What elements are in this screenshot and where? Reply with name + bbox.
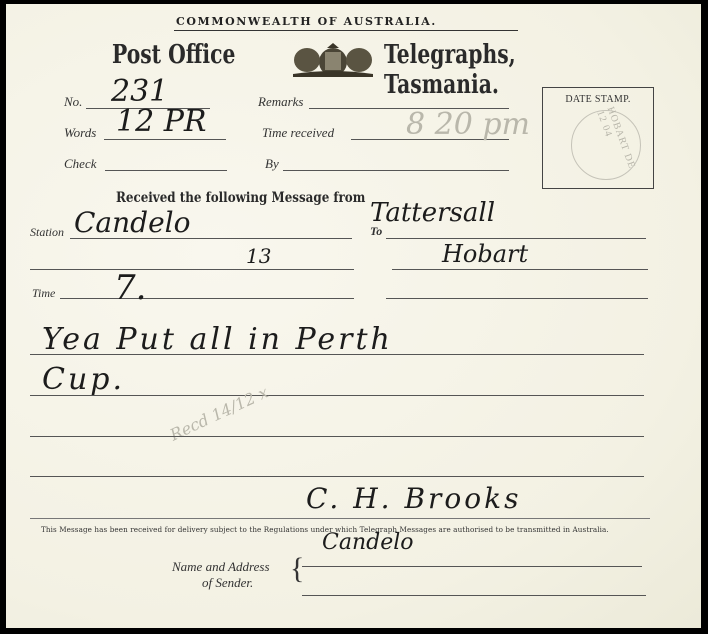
to-place-value: Hobart xyxy=(442,240,528,268)
words-line xyxy=(104,139,226,140)
name-address-label: Name and Address xyxy=(172,559,270,575)
message-rule-3 xyxy=(30,436,644,437)
of-sender-label: of Sender. xyxy=(202,575,253,591)
sender-address-value: Candelo xyxy=(322,530,414,555)
date-stamp-box: DATE STAMP. HOBART DE 12 04 xyxy=(542,87,654,189)
time-line xyxy=(60,298,354,299)
to-name-value: Tattersall xyxy=(370,198,495,228)
header-rule xyxy=(174,30,518,31)
title-post-office: Post Office xyxy=(112,40,235,70)
telegram-form: COMMONWEALTH OF AUSTRALIA. Post Office T… xyxy=(6,4,701,628)
station-value: Candelo xyxy=(74,206,190,239)
station-line-2 xyxy=(30,269,354,270)
time-line-right xyxy=(386,298,648,299)
words-label: Words xyxy=(64,125,96,141)
signature: C. H. Brooks xyxy=(306,482,521,515)
time-value: 7. xyxy=(114,268,146,308)
sender-line-2 xyxy=(302,595,646,596)
commonwealth-header: COMMONWEALTH OF AUSTRALIA. xyxy=(176,15,437,28)
message-line-2: Cup. xyxy=(42,362,125,397)
words-value: 12 PR xyxy=(116,104,206,139)
check-line xyxy=(105,170,227,171)
received-heading: Received the following Message from xyxy=(116,190,365,206)
to-line xyxy=(386,238,646,239)
date-stamp-label: DATE STAMP. xyxy=(543,94,653,105)
time-received-label: Time received xyxy=(262,125,334,141)
remarks-label: Remarks xyxy=(258,94,304,110)
by-label: By xyxy=(265,156,279,172)
message-rule-1 xyxy=(30,354,644,355)
coat-of-arms-icon xyxy=(289,42,377,78)
time-received-value: 8 20 pm xyxy=(406,107,530,142)
footer-rule xyxy=(30,518,650,519)
time-label: Time xyxy=(32,286,55,301)
no-label: No. xyxy=(64,94,82,110)
message-rule-2 xyxy=(30,395,644,396)
check-label: Check xyxy=(64,156,96,172)
to-line-2 xyxy=(392,269,648,270)
message-line-1: Yea Put all in Perth xyxy=(42,322,393,357)
station-label: Station xyxy=(30,225,64,240)
brace-icon: { xyxy=(290,552,304,586)
station-line2-value: 13 xyxy=(246,244,271,268)
by-line xyxy=(283,170,509,171)
sender-line-1 xyxy=(302,566,642,567)
message-rule-4 xyxy=(30,476,644,477)
